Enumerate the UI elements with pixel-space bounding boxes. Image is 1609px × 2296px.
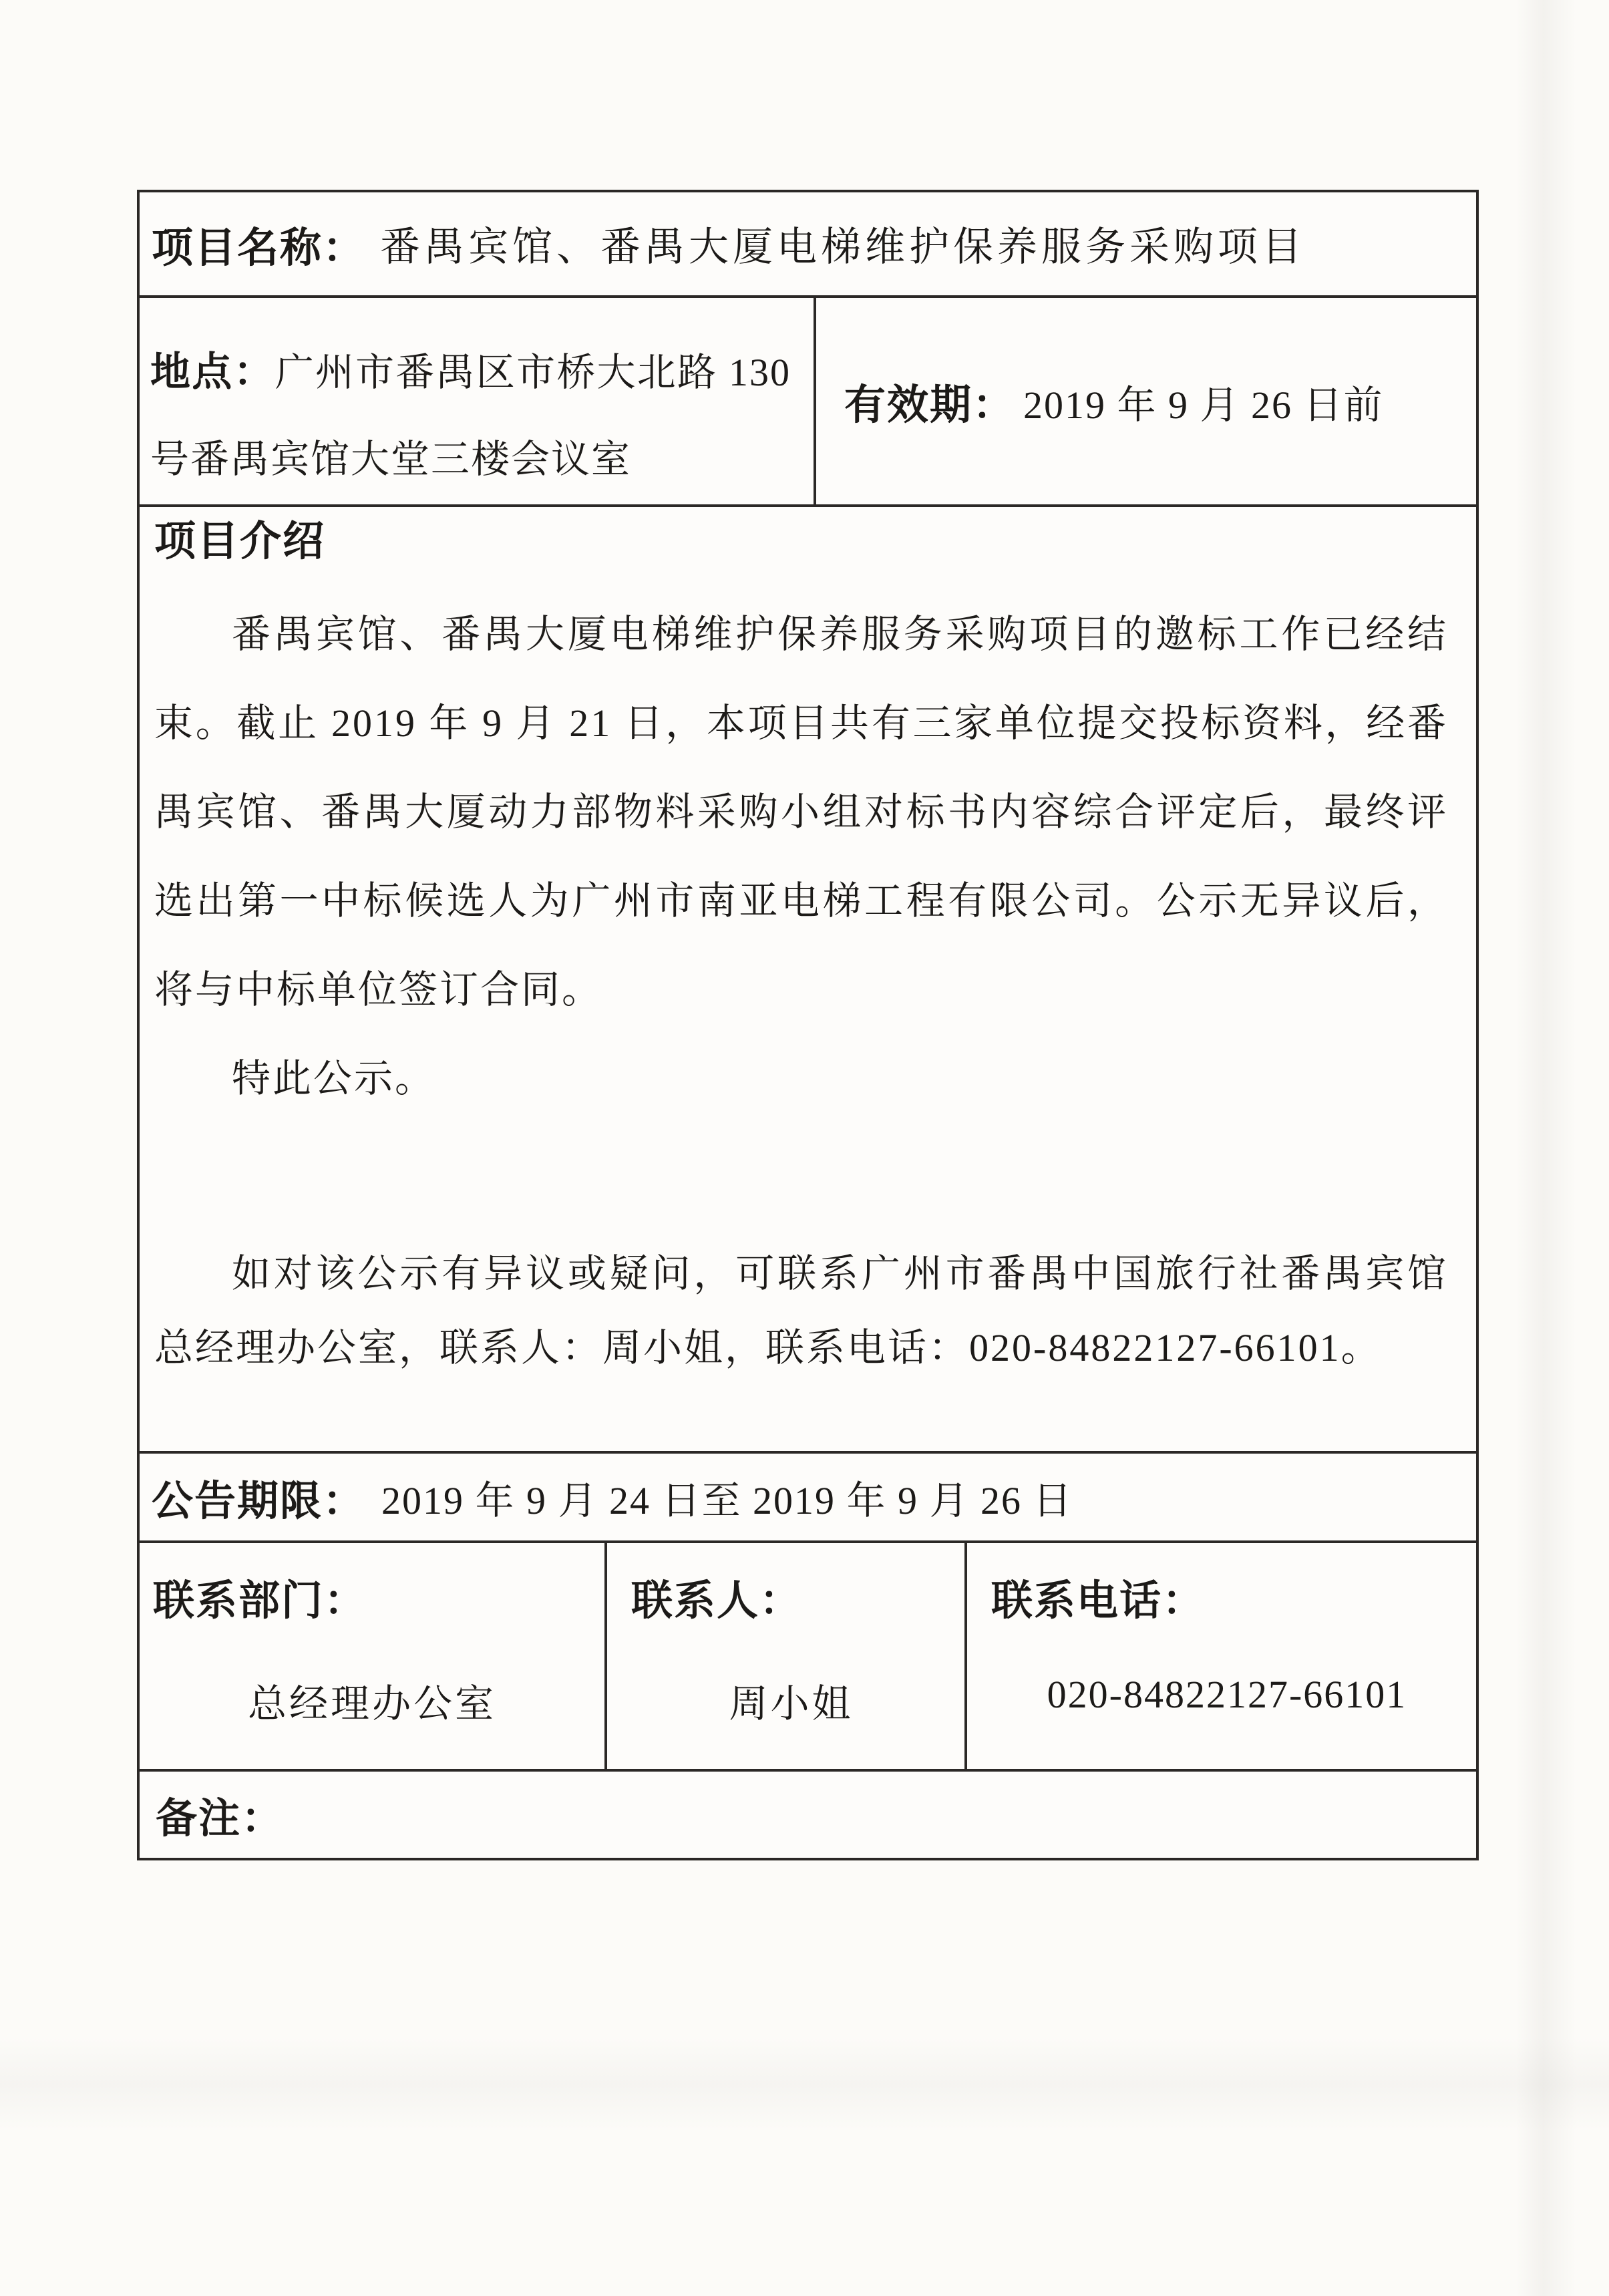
scanned-document-page: 项目名称： 番禺宾馆、番禺大厦电梯维护保养服务采购项目 地点：广州市番禺区市桥大… xyxy=(0,0,1609,2296)
intro-paragraph-2: 特此公示。 xyxy=(154,1034,1448,1123)
announcement-period-label: 公告期限： xyxy=(152,1468,365,1527)
contact-person-value: 周小姐 xyxy=(631,1672,951,1728)
row-project-name: 项目名称： 番禺宾馆、番禺大厦电梯维护保养服务采购项目 xyxy=(140,192,1476,298)
scan-artifact xyxy=(1516,0,1576,2296)
validity-cell: 有效期： 2019 年 9 月 26 日前 xyxy=(816,298,1476,504)
project-name-label: 项目名称： xyxy=(152,214,365,274)
remark-label: 备注： xyxy=(156,1785,284,1844)
location-cell: 地点：广州市番禺区市桥大北路 130 号番禺宾馆大堂三楼会议室 xyxy=(140,298,816,504)
contact-person-label: 联系人： xyxy=(631,1567,951,1627)
scan-artifact xyxy=(0,2037,1609,2131)
contact-department-value: 总经理办公室 xyxy=(153,1672,591,1728)
contact-department-label: 联系部门： xyxy=(153,1567,591,1627)
row-project-intro: 项目介绍 番禺宾馆、番禺大厦电梯维护保养服务采购项目的邀标工作已经结束。截止 2… xyxy=(140,507,1476,1454)
intro-paragraph-1: 番禺宾馆、番禺大厦电梯维护保养服务采购项目的邀标工作已经结束。截止 2019 年… xyxy=(154,590,1448,1034)
validity-label: 有效期： xyxy=(844,371,1015,431)
announcement-period-value: 2019 年 9 月 24 日至 2019 年 9 月 26 日 xyxy=(381,1469,1073,1525)
row-contacts: 联系部门： 总经理办公室 联系人： 周小姐 联系电话： 020-84822127… xyxy=(140,1543,1476,1772)
tender-announcement-table: 项目名称： 番禺宾馆、番禺大厦电梯维护保养服务采购项目 地点：广州市番禺区市桥大… xyxy=(137,190,1479,1860)
contact-department-cell: 联系部门： 总经理办公室 xyxy=(140,1543,607,1769)
contact-person-cell: 联系人： 周小姐 xyxy=(607,1543,967,1769)
intro-paragraph-3: 如对该公示有异议或疑问，可联系广州市番禺中国旅行社番禺宾馆总经理办公室，联系人：… xyxy=(154,1237,1448,1385)
location-label: 地点： xyxy=(150,349,275,394)
validity-value: 2019 年 9 月 26 日前 xyxy=(1023,373,1384,430)
intro-heading: 项目介绍 xyxy=(154,520,1448,563)
contact-phone-cell: 联系电话： 020-84822127-66101 xyxy=(967,1543,1476,1769)
row-location-validity: 地点：广州市番禺区市桥大北路 130 号番禺宾馆大堂三楼会议室 有效期： 201… xyxy=(140,298,1476,507)
contact-phone-value: 020-84822127-66101 xyxy=(991,1672,1463,1717)
row-remark: 备注： xyxy=(140,1772,1476,1858)
contact-phone-label: 联系电话： xyxy=(991,1567,1463,1627)
row-announcement-period: 公告期限： 2019 年 9 月 24 日至 2019 年 9 月 26 日 xyxy=(140,1454,1476,1543)
project-name-value: 番禺宾馆、番禺大厦电梯维护保养服务采购项目 xyxy=(380,215,1306,273)
